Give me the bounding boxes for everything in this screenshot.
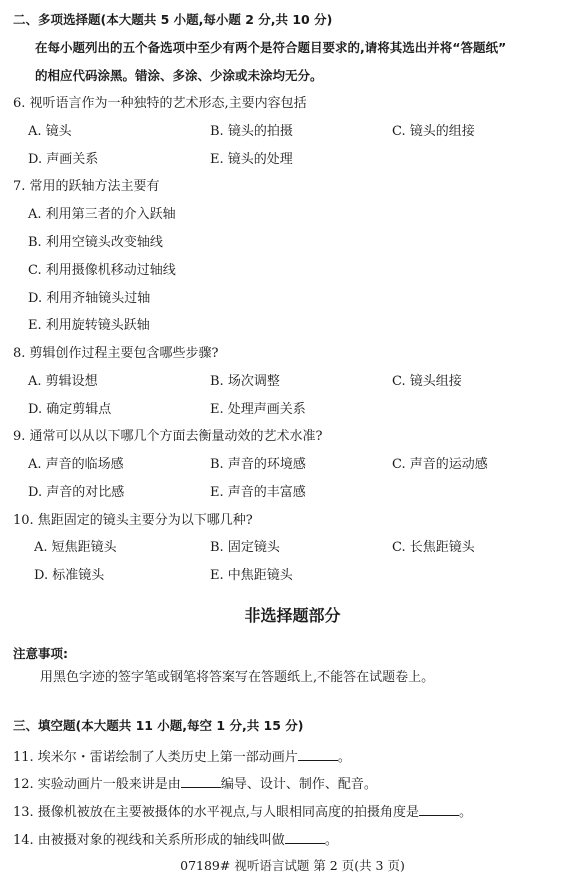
question-8-option-a: A. 剪辑设想: [28, 374, 98, 390]
question-7-option-a: A. 利用第三者的介入跃轴: [28, 207, 176, 223]
question-8-option-b: B. 场次调整: [210, 374, 280, 390]
question-12-end: 编导、设计、制作、配音。: [221, 777, 377, 792]
answer-blank: [181, 775, 221, 788]
question-8-option-e: E. 处理声画关系: [210, 402, 306, 418]
question-7-option-c: C. 利用摄像机移动过轴线: [28, 263, 176, 279]
question-8-option-d: D. 确定剪辑点: [28, 402, 111, 418]
section-2-instruction-line2: 的相应代码涂黑。错涂、多涂、少涂或未涂均无分。: [35, 68, 323, 84]
question-7-option-d: D. 利用齐轴镜头过轴: [28, 291, 150, 307]
question-11-text: 11. 埃米尔・雷诺绘制了人类历史上第一部动画片: [13, 750, 298, 765]
answer-blank: [419, 803, 459, 816]
page-footer: 07189# 视听语言试题 第 2 页(共 3 页): [0, 858, 585, 874]
question-9-option-a: A. 声音的临场感: [28, 457, 124, 473]
question-6-option-e: E. 镜头的处理: [210, 152, 293, 168]
notice-text: 用黑色字迹的签字笔或钢笔将答案写在答题纸上,不能答在试题卷上。: [40, 670, 434, 686]
section-2-instruction-line1: 在每小题列出的五个备选项中至少有两个是符合题目要求的,请将其选出并将“答题纸”: [35, 40, 506, 56]
question-6-option-a: A. 镜头: [28, 124, 72, 140]
question-7-option-b: B. 利用空镜头改变轴线: [28, 235, 163, 251]
non-choice-section-title: 非选择题部分: [0, 606, 585, 626]
question-13-end: 。: [459, 805, 472, 820]
question-7-option-e: E. 利用旋转镜头跃轴: [28, 318, 150, 334]
question-6-option-d: D. 声画关系: [28, 152, 98, 168]
question-9-option-e: E. 声音的丰富感: [210, 485, 306, 501]
section-3-title: 三、填空题(本大题共 11 小题,每空 1 分,共 15 分): [13, 718, 304, 734]
question-12-text: 12. 实验动画片一般来讲是由: [13, 777, 181, 792]
question-11: 11. 埃米尔・雷诺绘制了人类历史上第一部动画片。: [13, 748, 351, 766]
question-9-stem: 9. 通常可以从以下哪几个方面去衡量动效的艺术水准?: [13, 429, 323, 445]
question-10-option-c: C. 长焦距镜头: [392, 540, 475, 556]
question-12: 12. 实验动画片一般来讲是由编导、设计、制作、配音。: [13, 775, 377, 793]
question-13-text: 13. 摄像机被放在主要被摄体的水平视点,与人眼相同高度的拍摄角度是: [13, 805, 419, 820]
answer-blank: [298, 748, 338, 761]
answer-blank: [285, 831, 325, 844]
question-10-option-d: D. 标准镜头: [34, 568, 104, 584]
question-11-end: 。: [338, 750, 351, 765]
question-13: 13. 摄像机被放在主要被摄体的水平视点,与人眼相同高度的拍摄角度是。: [13, 803, 472, 821]
section-2-title: 二、多项选择题(本大题共 5 小题,每小题 2 分,共 10 分): [13, 12, 332, 28]
question-6-option-b: B. 镜头的拍摄: [210, 124, 293, 140]
question-6-stem: 6. 视听语言作为一种独特的艺术形态,主要内容包括: [13, 96, 307, 112]
question-8-option-c: C. 镜头组接: [392, 374, 462, 390]
question-10-stem: 10. 焦距固定的镜头主要分为以下哪几种?: [13, 513, 253, 529]
question-9-option-c: C. 声音的运动感: [392, 457, 488, 473]
question-14: 14. 由被摄对象的视线和关系所形成的轴线叫做。: [13, 831, 338, 849]
question-8-stem: 8. 剪辑创作过程主要包含哪些步骤?: [13, 346, 219, 362]
question-9-option-d: D. 声音的对比感: [28, 485, 124, 501]
question-14-end: 。: [325, 833, 338, 848]
question-10-option-e: E. 中焦距镜头: [210, 568, 293, 584]
notice-label: 注意事项:: [13, 646, 68, 662]
question-10-option-a: A. 短焦距镜头: [34, 540, 117, 556]
question-6-option-c: C. 镜头的组接: [392, 124, 475, 140]
question-10-option-b: B. 固定镜头: [210, 540, 280, 556]
question-9-option-b: B. 声音的环境感: [210, 457, 306, 473]
question-14-text: 14. 由被摄对象的视线和关系所形成的轴线叫做: [13, 833, 285, 848]
question-7-stem: 7. 常用的跃轴方法主要有: [13, 179, 160, 195]
